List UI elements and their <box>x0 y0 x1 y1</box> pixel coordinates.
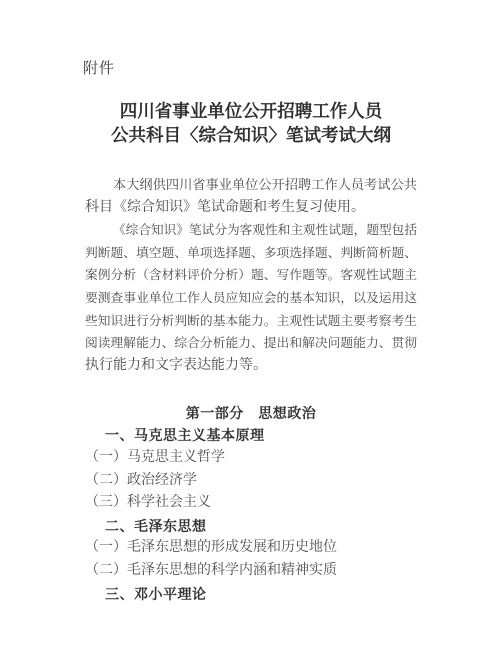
body-line: 本大纲供四川省事业单位公开招聘工作人员考试公共 <box>85 174 417 197</box>
body-line: 《综合知识》笔试分为客观性和主观性试题，题型包括 <box>85 219 417 242</box>
section-outline: 一、马克思主义基本原理（一）马克思主义哲学（二）政治经济学（三）科学社会主义二、… <box>85 424 417 605</box>
body-line: 判断题、填空题、单项选择题、多项选择题、判断简析题、 <box>85 242 417 265</box>
document-body: 本大纲供四川省事业单位公开招聘工作人员考试公共科目《综合知识》笔试命题和考生复习… <box>85 174 417 605</box>
intro-paragraphs: 本大纲供四川省事业单位公开招聘工作人员考试公共科目《综合知识》笔试命题和考生复习… <box>85 174 417 377</box>
outline-item-sub: （三）科学社会主义 <box>85 492 417 515</box>
section-heading: 第一部分 思想政治 <box>85 402 417 425</box>
outline-item-sub: （二）政治经济学 <box>85 470 417 493</box>
document-title-line2: 公共科目〈综合知识〉笔试考试大纲 <box>85 123 417 147</box>
outline-item-sub: （一）毛泽东思想的形成发展和历史地位 <box>85 537 417 560</box>
outline-item-heading: 三、邓小平理论 <box>85 583 417 606</box>
outline-item-sub: （一）马克思主义哲学 <box>85 447 417 470</box>
body-line: 案例分析（含材料评价分析）题、写作题等。客观性试题主 <box>85 264 417 287</box>
body-line: 要测查事业单位工作人员应知应会的基本知识，以及运用这 <box>85 287 417 310</box>
document-title: 四川省事业单位公开招聘工作人员 公共科目〈综合知识〉笔试考试大纲 <box>85 99 417 147</box>
document-title-line1: 四川省事业单位公开招聘工作人员 <box>85 99 417 123</box>
outline-item-heading: 一、马克思主义基本原理 <box>85 424 417 447</box>
outline-item-heading: 二、毛泽东思想 <box>85 515 417 538</box>
attachment-label: 附件 <box>83 57 115 78</box>
body-line: 执行能力和文字表达能力等。 <box>85 355 417 378</box>
body-line: 科目《综合知识》笔试命题和考生复习使用。 <box>85 197 417 220</box>
body-line: 阅读理解能力、综合分析能力、提出和解决问题能力、贯彻 <box>85 332 417 355</box>
body-line: 些知识进行分析判断的基本能力。主观性试题主要考察考生 <box>85 310 417 333</box>
outline-item-sub: （二）毛泽东思想的科学内涵和精神实质 <box>85 560 417 583</box>
